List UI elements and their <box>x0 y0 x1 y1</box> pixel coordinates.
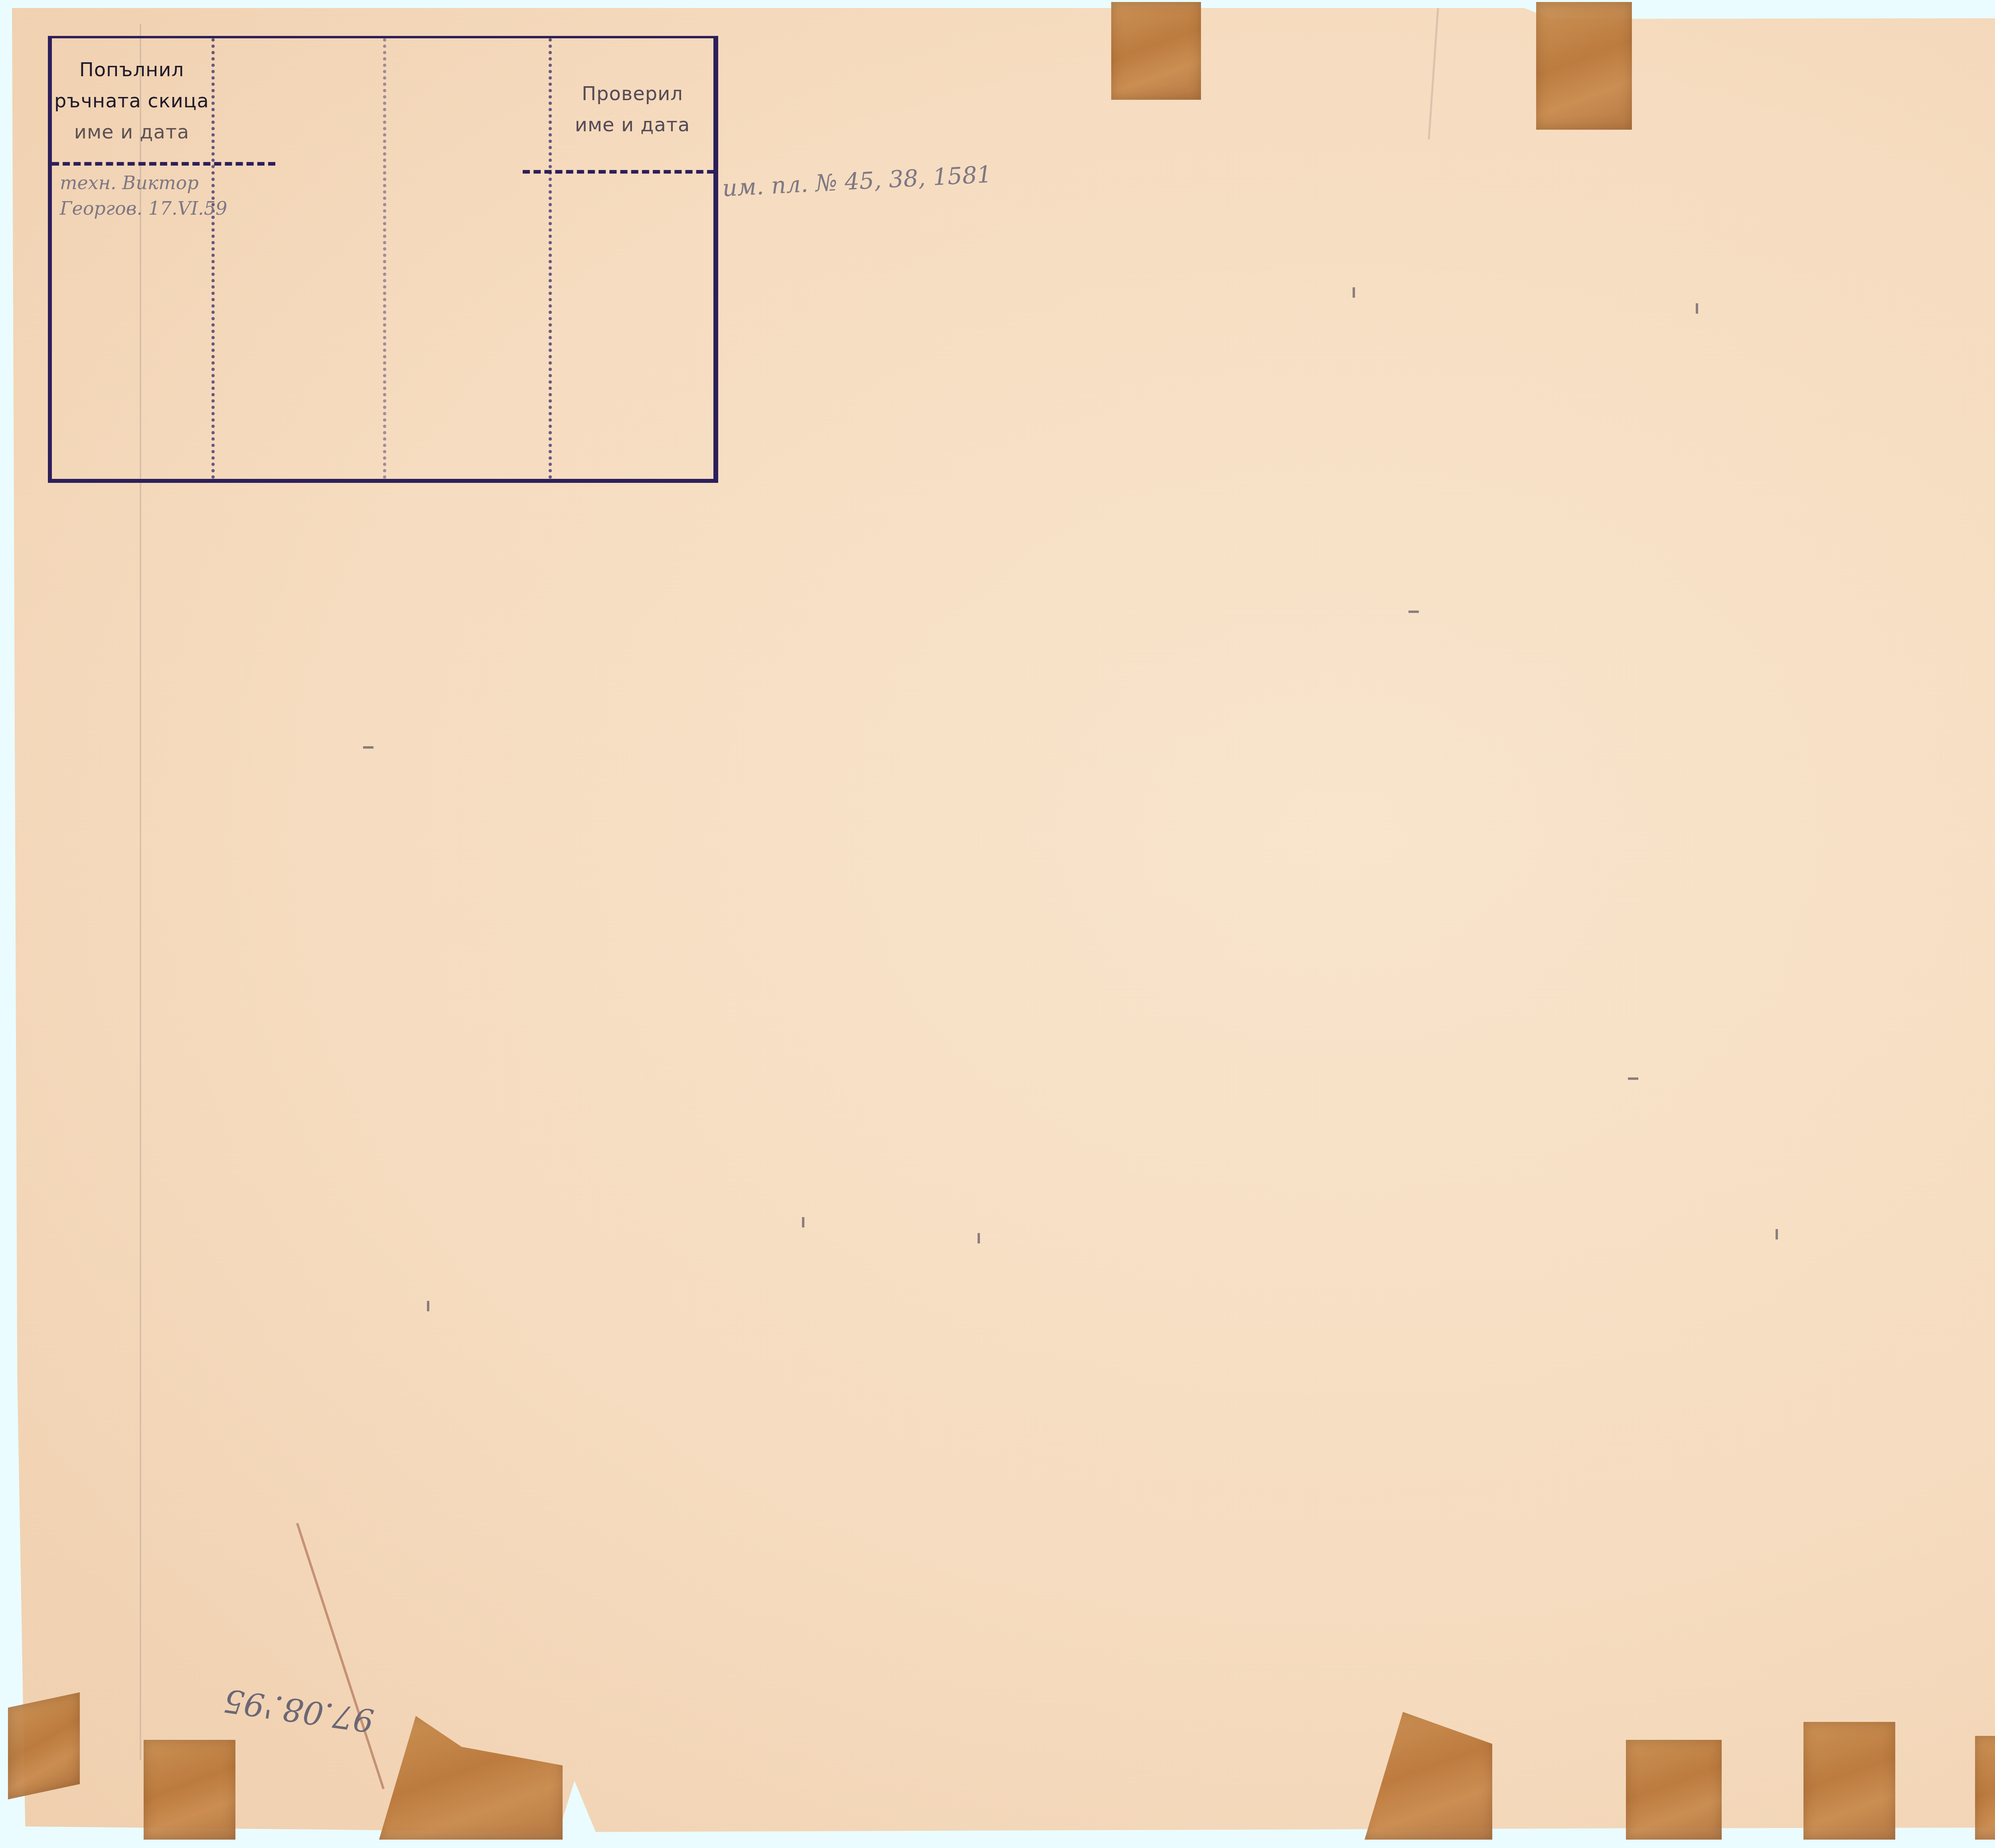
checked-by-label: Проверил име и дата <box>549 78 716 140</box>
tape-top-2 <box>1536 2 1632 130</box>
speck <box>1628 1077 1638 1080</box>
handwritten-date: Георгов. 17.VI.59 <box>60 196 227 221</box>
tape-top-1 <box>1111 2 1201 100</box>
tape-bottom-1 <box>8 1692 80 1799</box>
tape-bottom-2 <box>144 1740 235 1840</box>
filled-by-handwritten-entry: техн. Виктор Георгов. 17.VI.59 <box>60 170 227 221</box>
filled-by-label: Попълнил ръчната скица име и дата <box>52 54 211 148</box>
speck <box>1776 1229 1778 1239</box>
stamp-divider-2 <box>383 38 386 479</box>
speck <box>427 1301 429 1311</box>
stamp-row-divider-left <box>52 162 275 166</box>
tape-bottom-5 <box>1626 1740 1722 1840</box>
stamp-row-divider-right <box>523 170 714 174</box>
speck <box>1696 303 1698 314</box>
title-block-stamp: Попълнил ръчната скица име и дата Провер… <box>48 36 718 483</box>
checked-by-line1: Проверил <box>549 78 716 109</box>
filled-by-line3: име и дата <box>52 117 211 148</box>
tape-bottom-7 <box>1975 1736 1995 1840</box>
speck <box>1408 611 1419 613</box>
filled-by-line1: Попълнил <box>52 54 211 85</box>
speck <box>978 1233 980 1243</box>
stamp-divider-1 <box>211 38 215 479</box>
handwritten-name: техн. Виктор <box>60 170 227 196</box>
speck <box>363 746 373 749</box>
tape-bottom-6 <box>1803 1722 1895 1840</box>
filled-by-line2: ръчната скица <box>52 85 211 117</box>
checked-by-line2: име и дата <box>549 109 716 140</box>
speck <box>1353 287 1355 298</box>
speck <box>802 1217 804 1227</box>
